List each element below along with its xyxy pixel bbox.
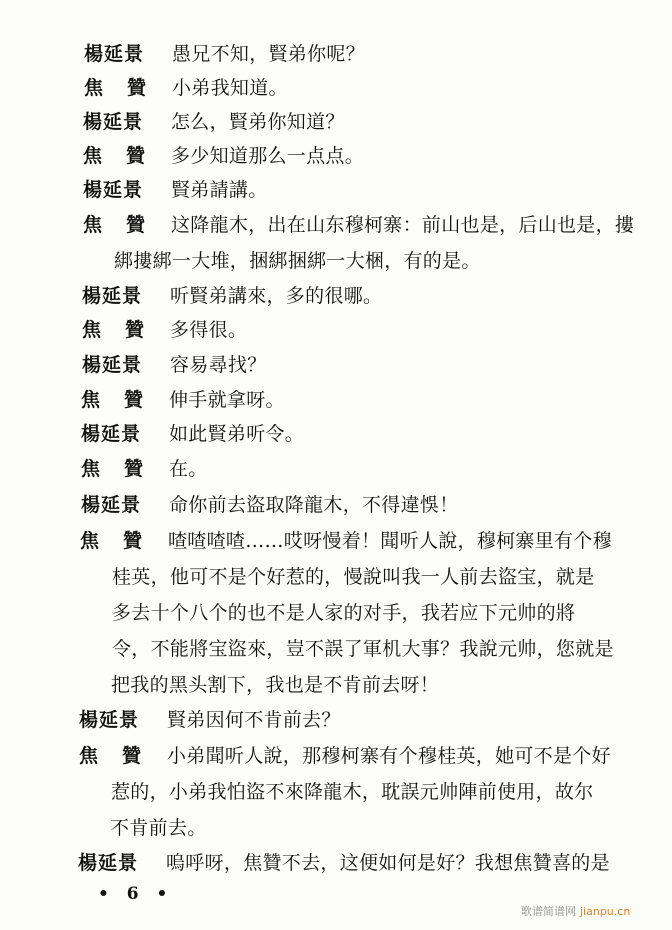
dialogue-continuation-line: 綁摟綁一大堆，捆綁捆綁一大梱，有的是。 <box>114 249 481 273</box>
speaker-name: 焦贊 <box>79 744 165 768</box>
speaker-name: 楊延景 <box>81 422 141 446</box>
dialogue-line: 在。 <box>169 457 208 481</box>
speaker-name: 焦贊 <box>81 388 167 412</box>
dialogue-line: 喳喳喳喳……哎呀慢着！聞听人說，穆柯寨里有个穆 <box>168 529 612 553</box>
dialogue-line: 怎么，賢弟你知道？ <box>171 110 345 134</box>
speaker-name: 楊延景 <box>81 493 141 517</box>
speaker-name: 焦贊 <box>84 76 170 100</box>
speaker-name: 焦贊 <box>83 144 169 168</box>
dialogue-line: 愚兄不知，賢弟你呢？ <box>172 42 365 66</box>
dialogue-line: 小弟聞听人說，那穆柯寨有个穆桂英，她可不是个好 <box>167 744 611 768</box>
dialogue-continuation-line: 惹的，小弟我怕盜不來降龍木，耽誤元帅陣前使用，故尔 <box>111 780 594 804</box>
speaker-name: 楊延景 <box>82 353 142 377</box>
speaker-name: 楊延景 <box>83 178 143 202</box>
dialogue-line: 賢弟請講。 <box>171 178 268 202</box>
speaker-name: 焦贊 <box>82 318 168 342</box>
dialogue-line: 賢弟因何不肯前去？ <box>167 708 341 732</box>
dialogue-continuation-line: 桂英，他可不是个好惹的，慢說叫我一人前去盜宝，就是 <box>112 565 595 589</box>
dialogue-continuation-line: 把我的黑头割下，我也是不肯前去呀！ <box>111 673 439 697</box>
dialogue-line: 听賢弟講來，多的很哪。 <box>170 284 382 308</box>
dialogue-line: 伸手就拿呀。 <box>169 388 285 412</box>
watermark-site-name: 歌谱简谱网 <box>521 905 576 918</box>
dialogue-line: 嗚呼呀，焦贊不去，这便如何是好？我想焦贊喜的是 <box>166 851 610 875</box>
speaker-name: 楊延景 <box>82 284 142 308</box>
watermark-url: jianpu.cn <box>580 905 630 918</box>
page-number: • 6 • <box>98 884 173 904</box>
speaker-name: 楊延景 <box>79 708 139 732</box>
speaker-name: 焦贊 <box>83 213 169 237</box>
dialogue-line: 小弟我知道。 <box>172 76 288 100</box>
dialogue-line: 容易尋找？ <box>170 353 267 377</box>
speaker-name: 焦贊 <box>81 457 167 481</box>
watermark: 歌谱简谱网jianpu.cn <box>521 903 630 919</box>
dialogue-continuation-line: 多去十个八个的也不是人家的对手，我若应下元帅的將 <box>112 601 575 625</box>
speaker-name: 楊延景 <box>83 110 143 134</box>
speaker-name: 楊延景 <box>78 851 138 875</box>
dialogue-line: 命你前去盜取降龍木，不得違悞！ <box>169 493 459 517</box>
dialogue-continuation-line: 不肯前去。 <box>110 816 207 840</box>
speaker-name: 楊延景 <box>84 42 144 66</box>
dialogue-continuation-line: 令，不能將宝盜來，豈不誤了軍机大事？我說元帅，您就是 <box>112 637 614 661</box>
book-page: 楊延景愚兄不知，賢弟你呢？焦贊小弟我知道。楊延景怎么，賢弟你知道？焦贊多少知道那… <box>0 0 672 930</box>
dialogue-line: 多得很。 <box>170 318 247 342</box>
dialogue-line: 这降龍木，出在山东穆柯寨：前山也是，后山也是，摟 <box>171 213 634 237</box>
dialogue-line: 多少知道那么一点点。 <box>171 144 364 168</box>
dialogue-line: 如此賢弟听令。 <box>169 422 304 446</box>
speaker-name: 焦贊 <box>80 529 166 553</box>
